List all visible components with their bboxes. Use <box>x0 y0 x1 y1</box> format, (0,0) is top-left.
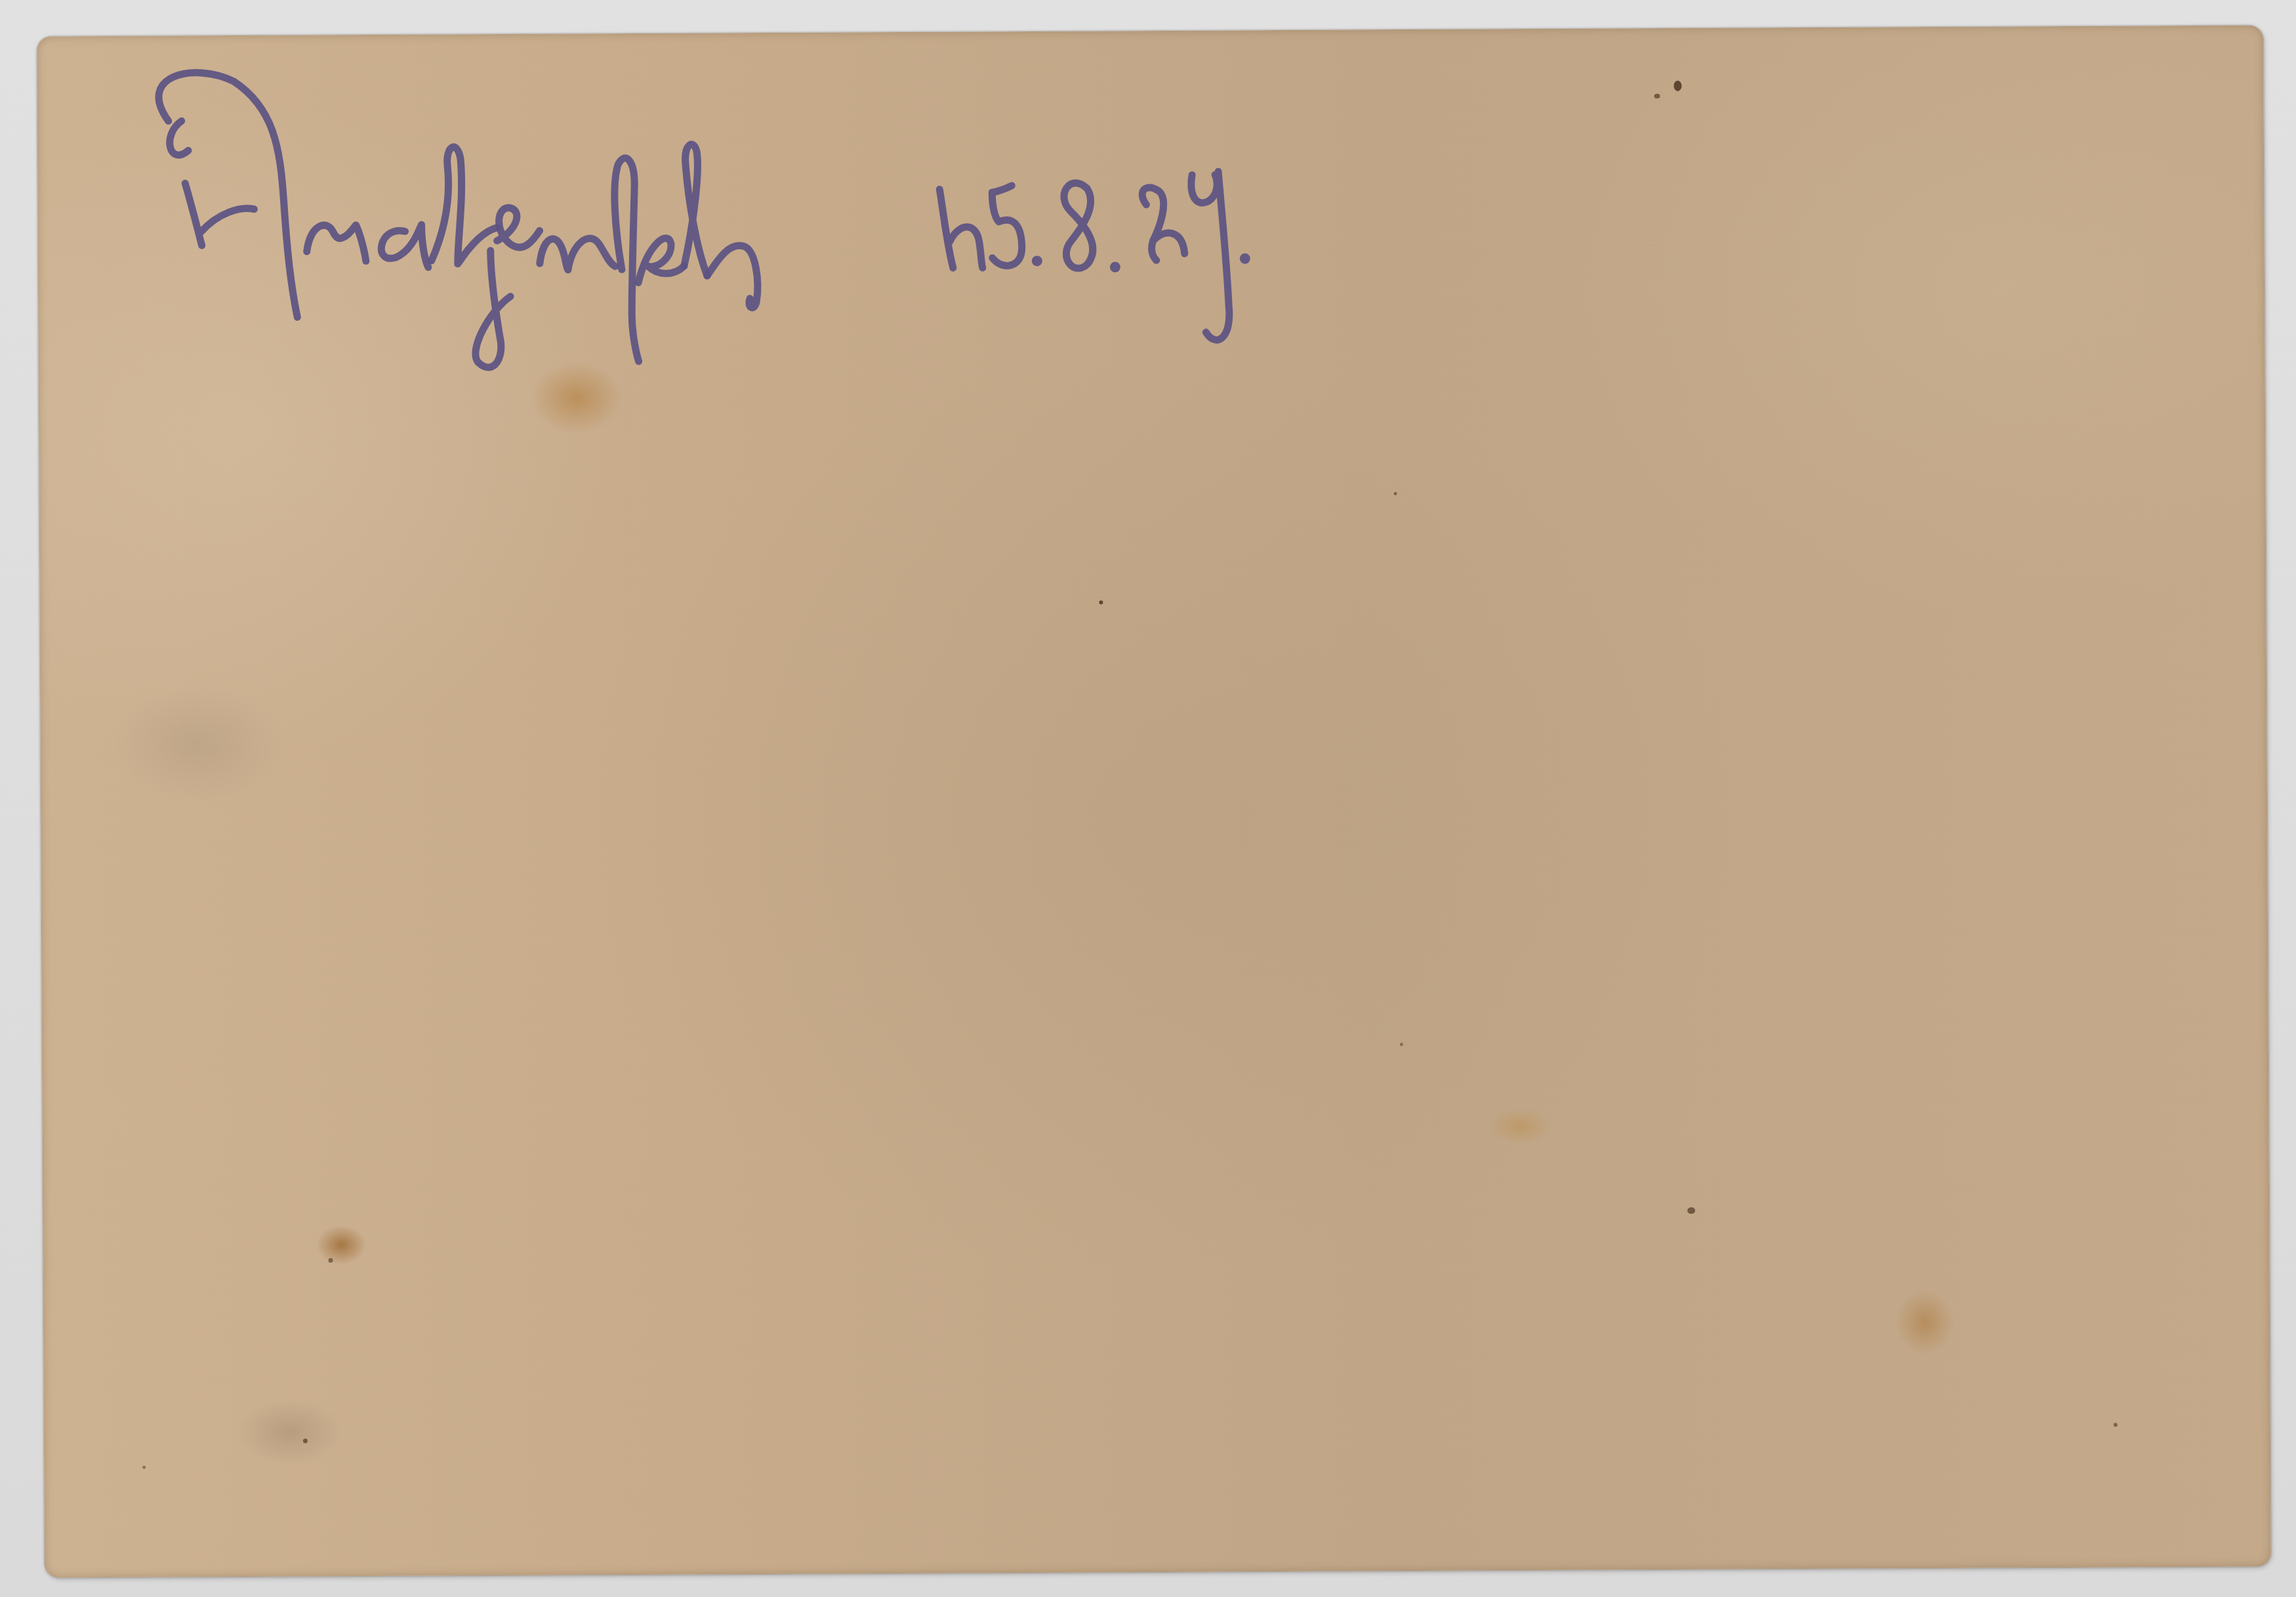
postcard-back: Drachenfels 25.8.29. <box>37 25 2271 1577</box>
handwriting-inscription <box>37 25 2271 1577</box>
